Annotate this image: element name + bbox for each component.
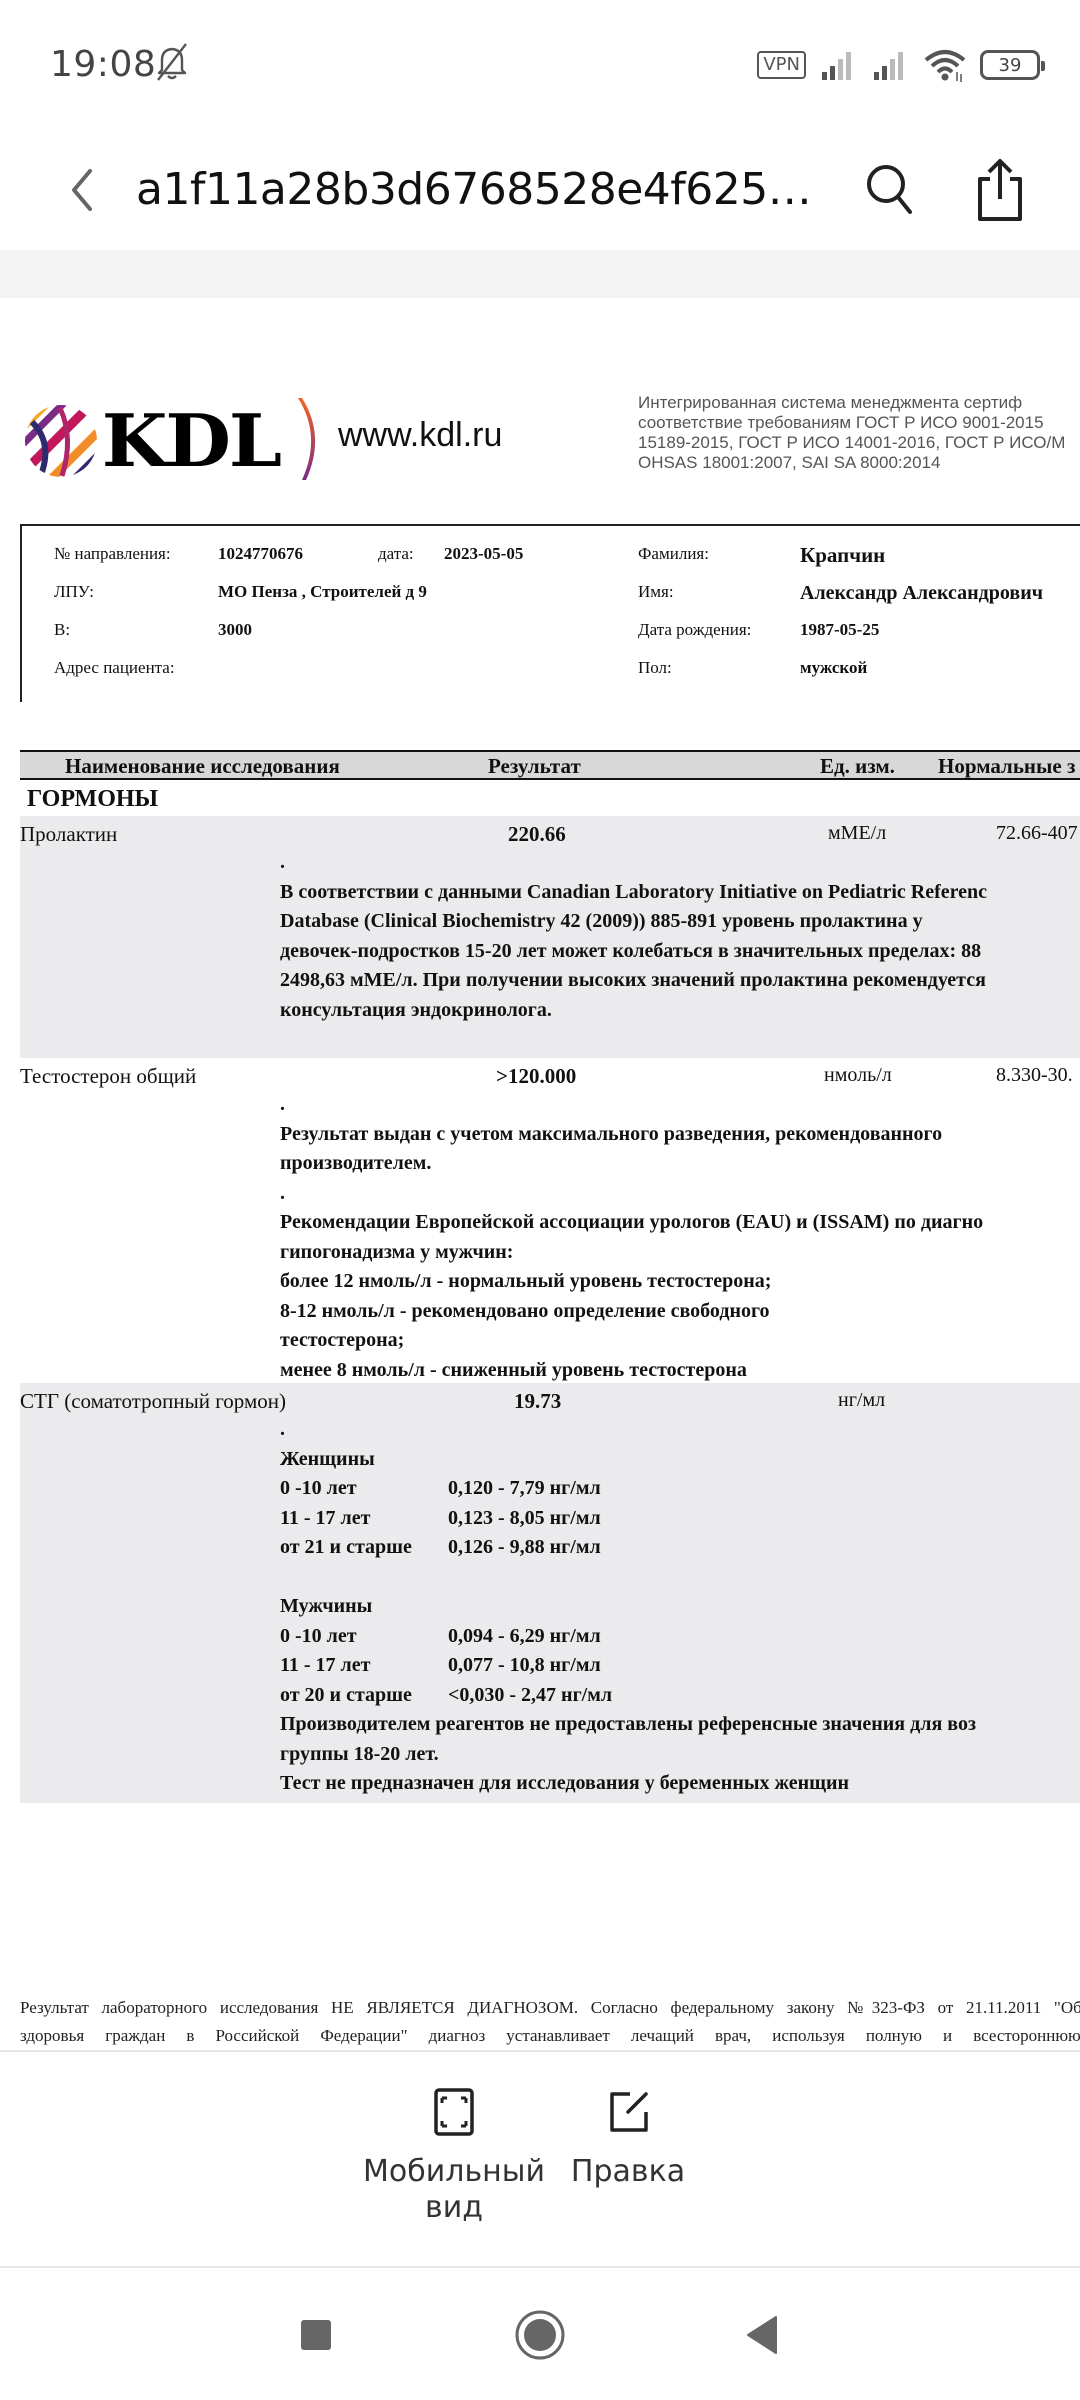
date-label: дата: xyxy=(378,544,414,564)
cert-line: Интегрированная система менеджмента серт… xyxy=(638,393,1080,413)
ref-range: 0,120 - 7,79 нг/мл xyxy=(448,1474,976,1504)
b-label: В: xyxy=(54,620,70,640)
comment-line: Рекомендации Европейской ассоциации урол… xyxy=(280,1208,983,1238)
age-group: от 21 и старше xyxy=(280,1533,448,1563)
test-unit: нг/мл xyxy=(838,1389,885,1412)
edit-icon xyxy=(606,2088,650,2136)
table-row-sth: СТГ (соматотропный гормон) 19.73 нг/мл .… xyxy=(20,1383,1080,1803)
note-line: Производителем реагентов не предоставлен… xyxy=(280,1710,976,1740)
dob-value: 1987-05-25 xyxy=(800,620,879,640)
status-time: 19:08 xyxy=(50,44,156,85)
comment-line: 2498,63 мМЕ/л. При получении высоких зна… xyxy=(280,966,987,996)
disclaimer-line: Результат лабораторного исследования НЕ … xyxy=(20,1994,1080,2022)
signal-icon-2 xyxy=(872,50,910,80)
disclaimer: Результат лабораторного исследования НЕ … xyxy=(20,1994,1080,2050)
women-title: Женщины xyxy=(280,1445,976,1475)
comment-line: Database (Clinical Biochemistry 42 (2009… xyxy=(280,907,987,937)
comment-line: производителем. xyxy=(280,1149,983,1179)
comment-line: Результат выдан с учетом максимального р… xyxy=(280,1120,983,1150)
test-unit: мМЕ/л xyxy=(828,822,886,845)
back-button[interactable] xyxy=(56,150,106,230)
surname-label: Фамилия: xyxy=(638,544,709,564)
patient-info: № направления: 1024770676 дата: 2023-05-… xyxy=(20,524,1080,702)
certification-text: Интегрированная система менеджмента серт… xyxy=(638,393,1080,473)
wifi-icon xyxy=(924,48,966,82)
test-comment: . Результат выдан с учетом максимального… xyxy=(280,1090,983,1385)
col-test-name: Наименование исследования xyxy=(65,754,340,779)
signal-icon xyxy=(820,50,858,80)
back-icon xyxy=(744,2315,780,2355)
address-label: Адрес пациента: xyxy=(54,658,175,678)
globe-logo-icon xyxy=(22,402,100,480)
share-icon xyxy=(976,157,1024,223)
ref-range: 0,077 - 10,8 нг/мл xyxy=(448,1651,976,1681)
test-result: >120.000 xyxy=(496,1064,576,1089)
spacer xyxy=(280,1563,976,1593)
cert-line: 15189-2015, ГОСТ Р ИСО 14001-2016, ГОСТ … xyxy=(638,433,1080,453)
bottom-toolbar: Мобильный вид Правка xyxy=(0,2050,1080,2266)
note-line: группы 18-20 лет. xyxy=(280,1740,976,1770)
section-title: ГОРМОНЫ xyxy=(27,786,158,813)
referral-label: № направления: xyxy=(54,544,171,564)
sex-label: Пол: xyxy=(638,658,672,678)
chevron-left-icon xyxy=(66,165,96,215)
col-result: Результат xyxy=(488,754,581,779)
ref-range: 0,094 - 6,29 нг/мл xyxy=(448,1622,976,1652)
back-nav-button[interactable] xyxy=(722,2302,802,2368)
comment-line: . xyxy=(280,1415,976,1445)
women-ranges: 0 -10 лет 0,120 - 7,79 нг/мл 11 - 17 лет… xyxy=(280,1474,976,1563)
page-separator xyxy=(0,250,1080,298)
bell-off-icon xyxy=(150,40,194,84)
men-title: Мужчины xyxy=(280,1592,976,1622)
referral-value: 1024770676 xyxy=(218,544,303,564)
note-line: Тест не предназначен для исследования у … xyxy=(280,1769,976,1799)
mobile-view-icon xyxy=(432,2088,476,2136)
age-group: 11 - 17 лет xyxy=(280,1651,448,1681)
edit-button[interactable]: Правка xyxy=(568,2088,688,2190)
disclaimer-line: здоровья граждан в Российской Федерации"… xyxy=(20,2022,1080,2050)
age-group: 11 - 17 лет xyxy=(280,1504,448,1534)
ref-range: 0,123 - 8,05 нг/мл xyxy=(448,1504,976,1534)
recents-button[interactable] xyxy=(276,2302,356,2368)
status-icons: VPN 39 xyxy=(757,48,1040,82)
edit-label: Правка xyxy=(571,2154,685,2190)
sex-value: мужской xyxy=(800,658,867,678)
age-group: 0 -10 лет xyxy=(280,1622,448,1652)
search-button[interactable] xyxy=(858,152,922,228)
comment-line: консультация эндокринолога. xyxy=(280,996,987,1026)
recents-icon xyxy=(299,2318,333,2352)
comment-line: менее 8 нмоль/л - сниженный уровень тест… xyxy=(280,1356,983,1386)
kdl-logo: KDL xyxy=(22,396,322,486)
home-icon xyxy=(514,2309,566,2361)
table-row-testosterone: Тестостерон общий >120.000 нмоль/л 8.330… xyxy=(20,1058,1080,1386)
b-value: 3000 xyxy=(218,620,252,640)
results-table-header: Наименование исследования Результат Ед. … xyxy=(20,750,1080,780)
test-name: СТГ (соматотропный гормон) xyxy=(20,1389,286,1414)
test-name: Тестостерон общий xyxy=(20,1064,196,1089)
mobile-view-label: Мобильный вид xyxy=(359,2154,549,2226)
status-bar: 19:08 VPN 39 xyxy=(0,0,1080,130)
table-row-prolactin: Пролактин 220.66 мМЕ/л 72.66-407 . В соо… xyxy=(20,816,1080,1058)
comment-line: . xyxy=(280,848,987,878)
comment-line: тестостерона; xyxy=(280,1326,983,1356)
col-normal: Нормальные з xyxy=(938,754,1075,779)
test-comment: . Женщины 0 -10 лет 0,120 - 7,79 нг/мл 1… xyxy=(280,1415,976,1799)
document-title: a1f11a28b3d6768528e4f62546b... xyxy=(136,155,836,225)
name-value: Александр Александрович xyxy=(800,582,1043,605)
test-normal-range: 72.66-407 xyxy=(996,822,1078,845)
comment-line: более 12 нмоль/л - нормальный уровень те… xyxy=(280,1267,983,1297)
comment-line: девочек-подростков 15-20 лет может колеб… xyxy=(280,937,987,967)
ref-range: <0,030 - 2,47 нг/мл xyxy=(448,1681,976,1711)
test-comment: . В соответствии с данными Canadian Labo… xyxy=(280,848,987,1025)
test-unit: нмоль/л xyxy=(824,1064,892,1087)
dob-label: Дата рождения: xyxy=(638,620,751,640)
comment-line: 8-12 нмоль/л - рекомендовано определение… xyxy=(280,1297,983,1327)
cert-line: соответствие требованиям ГОСТ Р ИСО 9001… xyxy=(638,413,1080,433)
age-group: от 20 и старше xyxy=(280,1681,448,1711)
mobile-view-button[interactable]: Мобильный вид xyxy=(362,2088,546,2226)
date-value: 2023-05-05 xyxy=(444,544,523,564)
age-group: 0 -10 лет xyxy=(280,1474,448,1504)
vpn-badge: VPN xyxy=(757,51,806,79)
name-label: Имя: xyxy=(638,582,674,602)
col-unit: Ед. изм. xyxy=(820,754,895,779)
lpu-value: МО Пенза , Строителей д 9 xyxy=(218,582,427,602)
test-result: 19.73 xyxy=(514,1389,561,1414)
brand-name: KDL xyxy=(102,405,280,477)
pdf-page[interactable]: KDL www.kdl.ru Интегрированная система м… xyxy=(0,298,1080,2050)
comment-line: . xyxy=(280,1179,983,1209)
comment-line: гипогонадизма у мужчин: xyxy=(280,1238,983,1268)
test-normal-range: 8.330-30. xyxy=(996,1064,1073,1087)
home-button[interactable] xyxy=(500,2302,580,2368)
surname-value: Крапчин xyxy=(800,543,885,568)
comment-line: . xyxy=(280,1090,983,1120)
lpu-label: ЛПУ: xyxy=(54,582,94,602)
test-result: 220.66 xyxy=(508,822,566,847)
share-button[interactable] xyxy=(968,148,1032,232)
test-name: Пролактин xyxy=(20,822,117,847)
search-icon xyxy=(864,162,916,218)
comment-line: В соответствии с данными Canadian Labora… xyxy=(280,878,987,908)
brand-chevron-icon xyxy=(292,396,326,482)
battery-indicator: 39 xyxy=(980,50,1040,80)
system-nav-bar xyxy=(0,2266,1080,2400)
cert-line: OHSAS 18001:2007, SAI SA 8000:2014 xyxy=(638,453,1080,473)
app-bar: a1f11a28b3d6768528e4f62546b... xyxy=(0,130,1080,250)
brand-url[interactable]: www.kdl.ru xyxy=(338,416,502,455)
men-ranges: 0 -10 лет 0,094 - 6,29 нг/мл 11 - 17 лет… xyxy=(280,1622,976,1711)
ref-range: 0,126 - 9,88 нг/мл xyxy=(448,1533,976,1563)
